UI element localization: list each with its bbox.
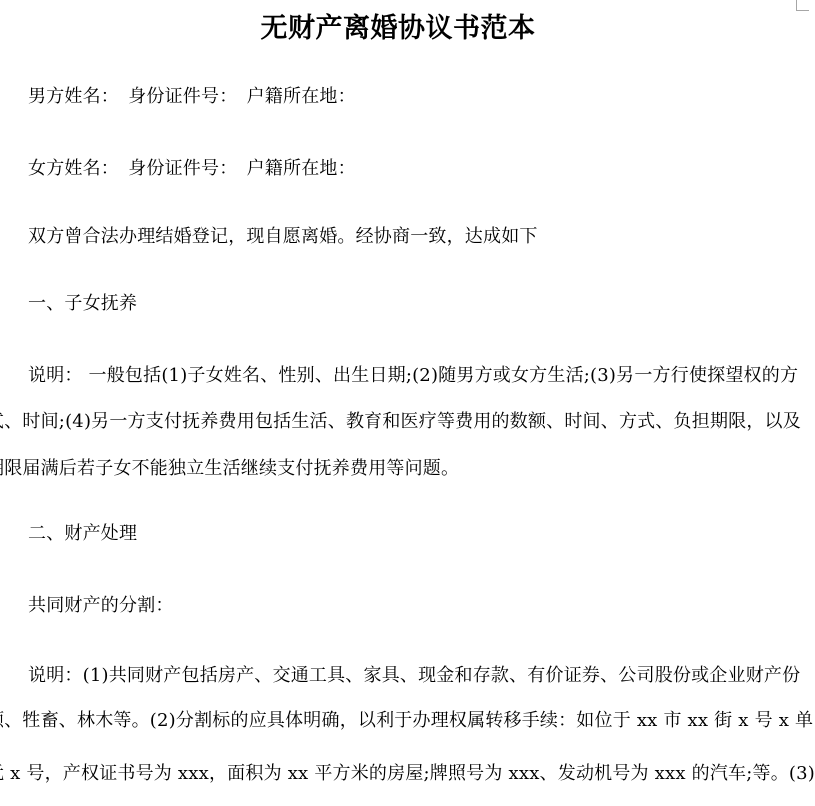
section-1-heading: 一、子女抚养 [0,292,815,316]
male-party-info-line: 男方姓名： 身份证件号： 户籍所在地： [0,85,815,109]
document-title: 无财产离婚协议书范本 [0,13,796,45]
document-page: 无财产离婚协议书范本 男方姓名： 身份证件号： 户籍所在地： 女方姓名： 身份证… [0,0,815,806]
text-boundary-corner-mark-horizontal [796,10,809,11]
property-note-line-2: 额、牲畜、林木等。(2)分割标的应具体明确，以利于办理权属转移手续：如位于 xx… [0,709,815,733]
property-note-line-1: 说明：(1)共同财产包括房产、交通工具、家具、现金和存款、有价证券、公司股份或企… [0,664,815,688]
female-party-info-line: 女方姓名： 身份证件号： 户籍所在地： [0,157,815,181]
child-custody-note-line-3: 期限届满后若子女不能独立生活继续支付抚养费用等问题。 [0,457,815,481]
child-custody-note-line-2: 式、时间;(4)另一方支付抚养费用包括生活、教育和医疗等费用的数额、时间、方式、… [0,410,815,434]
child-custody-note-line-1: 说明： 一般包括(1)子女姓名、性别、出生日期;(2)随男方或女方生活;(3)另… [0,364,815,388]
preamble-line: 双方曾合法办理结婚登记，现自愿离婚。经协商一致，达成如下 [0,225,815,249]
section-2-heading: 二、财产处理 [0,522,815,546]
property-division-subheading: 共同财产的分割： [0,594,815,618]
property-note-line-3: 元 x 号，产权证书号为 xxx，面积为 xx 平方米的房屋;牌照号为 xxx、… [0,762,815,786]
